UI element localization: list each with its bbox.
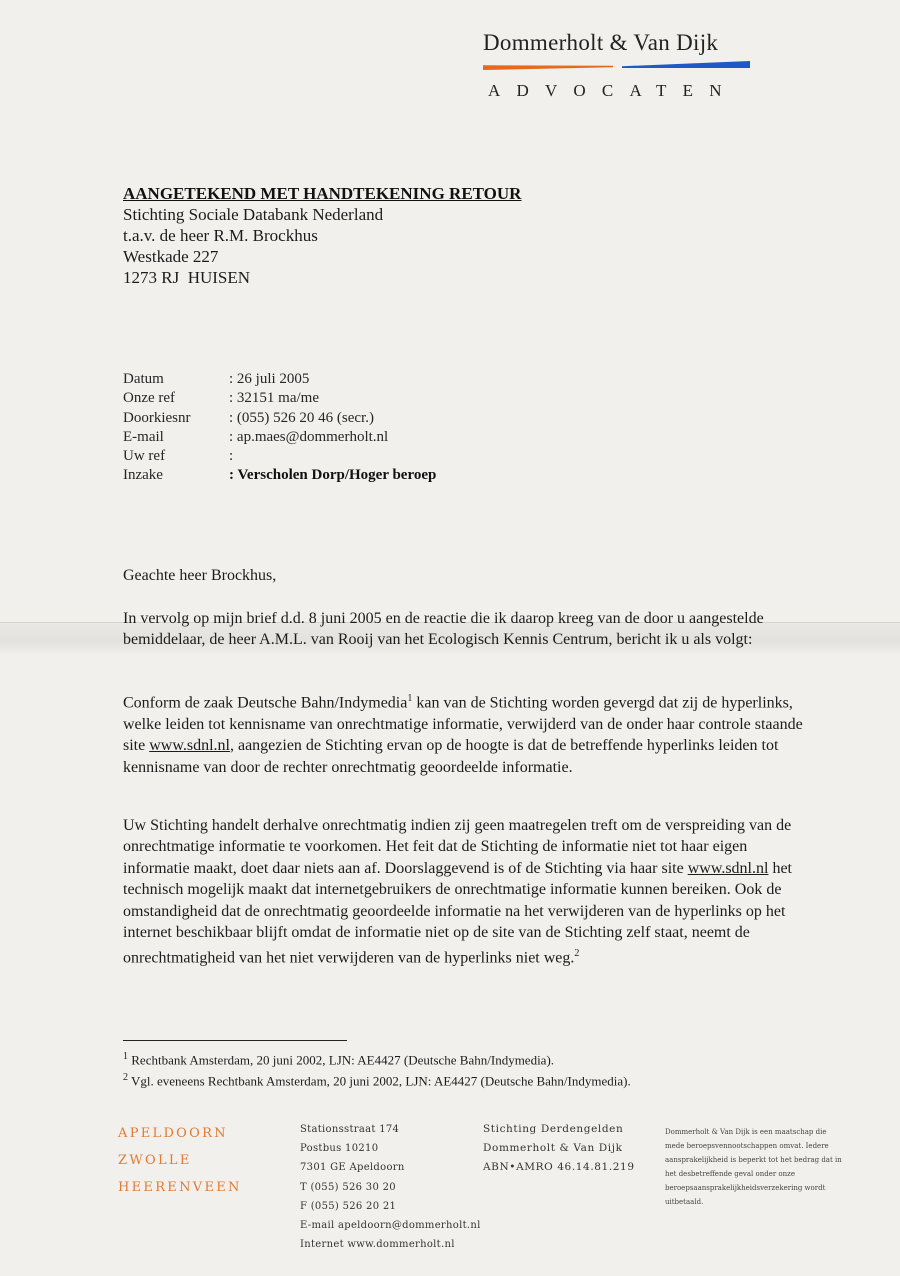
meta-label: E-mail [123,428,229,447]
paragraph-1: In vervolg op mijn brief d.d. 8 juni 200… [123,608,803,651]
meta-value: : (055) 526 20 46 (secr.) [229,409,374,428]
address-line: t.a.v. de heer R.M. Brockhus [123,225,521,246]
footnote-text: Vgl. eveneens Rechtbank Amsterdam, 20 ju… [128,1074,631,1089]
meta-row-email: E-mail : ap.maes@dommerholt.nl [123,428,436,447]
site-link[interactable]: www.sdnl.nl [688,860,769,877]
address-line: 1273 RJ HUISEN [123,267,521,288]
address-line: Stichting Sociale Databank Nederland [123,204,521,225]
meta-row-date: Datum : 26 juli 2005 [123,370,436,389]
street: Stationsstraat 174 [300,1120,481,1139]
registration-notice: AANGETEKEND MET HANDTEKENING RETOUR [123,184,521,204]
meta-label: Datum [123,370,229,389]
blue-stroke [622,61,750,68]
bank-account: ABN•AMRO 46.14.81.219 [483,1158,635,1177]
phone: T (055) 526 30 20 [300,1178,481,1197]
postal-city: 7301 GE Apeldoorn [300,1158,481,1177]
letterhead-logo: Dommerholt & Van Dijk ADVOCATEN [483,30,753,101]
meta-row-subject: Inzake : Verscholen Dorp/Hoger beroep [123,466,436,485]
firm-name: Dommerholt & Van Dijk [483,30,753,56]
footnote-ref: 2 [574,948,579,959]
site-link[interactable]: www.sdnl.nl [149,737,230,754]
orange-stroke [483,64,613,70]
po-box: Postbus 10210 [300,1139,481,1158]
reference-table: Datum : 26 juli 2005 Onze ref : 32151 ma… [123,370,436,486]
text: Conform de zaak Deutsche Bahn/Indymedia [123,694,407,711]
meta-row-your-ref: Uw ref : [123,447,436,466]
meta-value: : [229,447,233,466]
office-zwolle: ZWOLLE [118,1147,242,1174]
footer-disclaimer: Dommerholt & Van Dijk is een maatschap d… [665,1125,845,1209]
footer-address: Stationsstraat 174 Postbus 10210 7301 GE… [300,1120,481,1254]
email: E-mail apeldoorn@dommerholt.nl [300,1216,481,1235]
address-line: Westkade 227 [123,246,521,267]
meta-label: Onze ref [123,389,229,408]
recipient-block: AANGETEKEND MET HANDTEKENING RETOUR Stic… [123,184,521,288]
paragraph-2: Conform de zaak Deutsche Bahn/Indymedia1… [123,688,803,778]
website: Internet www.dommerholt.nl [300,1235,481,1254]
paragraph-3: Uw Stichting handelt derhalve onrechtmat… [123,815,803,969]
fax: F (055) 526 20 21 [300,1197,481,1216]
salutation: Geachte heer Brockhus, [123,565,803,586]
meta-label: Inzake [123,466,229,485]
meta-value: : Verscholen Dorp/Hoger beroep [229,466,436,485]
footnote-divider [123,1040,347,1041]
meta-label: Doorkiesnr [123,409,229,428]
footer-bank: Stichting Derdengelden Dommerholt & Van … [483,1120,635,1177]
footnotes: 1 Rechtbank Amsterdam, 20 juni 2002, LJN… [123,1048,631,1091]
meta-value: : 26 juli 2005 [229,370,309,389]
logo-swash [483,61,753,73]
footnote: 1 Rechtbank Amsterdam, 20 juni 2002, LJN… [123,1048,631,1069]
meta-row-direct-dial: Doorkiesnr : (055) 526 20 46 (secr.) [123,409,436,428]
footer-offices: APELDOORN ZWOLLE HEERENVEEN [118,1120,242,1201]
office-heerenveen: HEERENVEEN [118,1174,242,1201]
footnote-text: Rechtbank Amsterdam, 20 juni 2002, LJN: … [128,1052,554,1067]
meta-value: : 32151 ma/me [229,389,319,408]
bank-line: Dommerholt & Van Dijk [483,1139,635,1158]
meta-row-our-ref: Onze ref : 32151 ma/me [123,389,436,408]
meta-value: : ap.maes@dommerholt.nl [229,428,388,447]
footnote: 2 Vgl. eveneens Rechtbank Amsterdam, 20 … [123,1069,631,1090]
bank-line: Stichting Derdengelden [483,1120,635,1139]
firm-subtitle: ADVOCATEN [488,81,753,101]
office-apeldoorn: APELDOORN [118,1120,242,1147]
meta-label: Uw ref [123,447,229,466]
